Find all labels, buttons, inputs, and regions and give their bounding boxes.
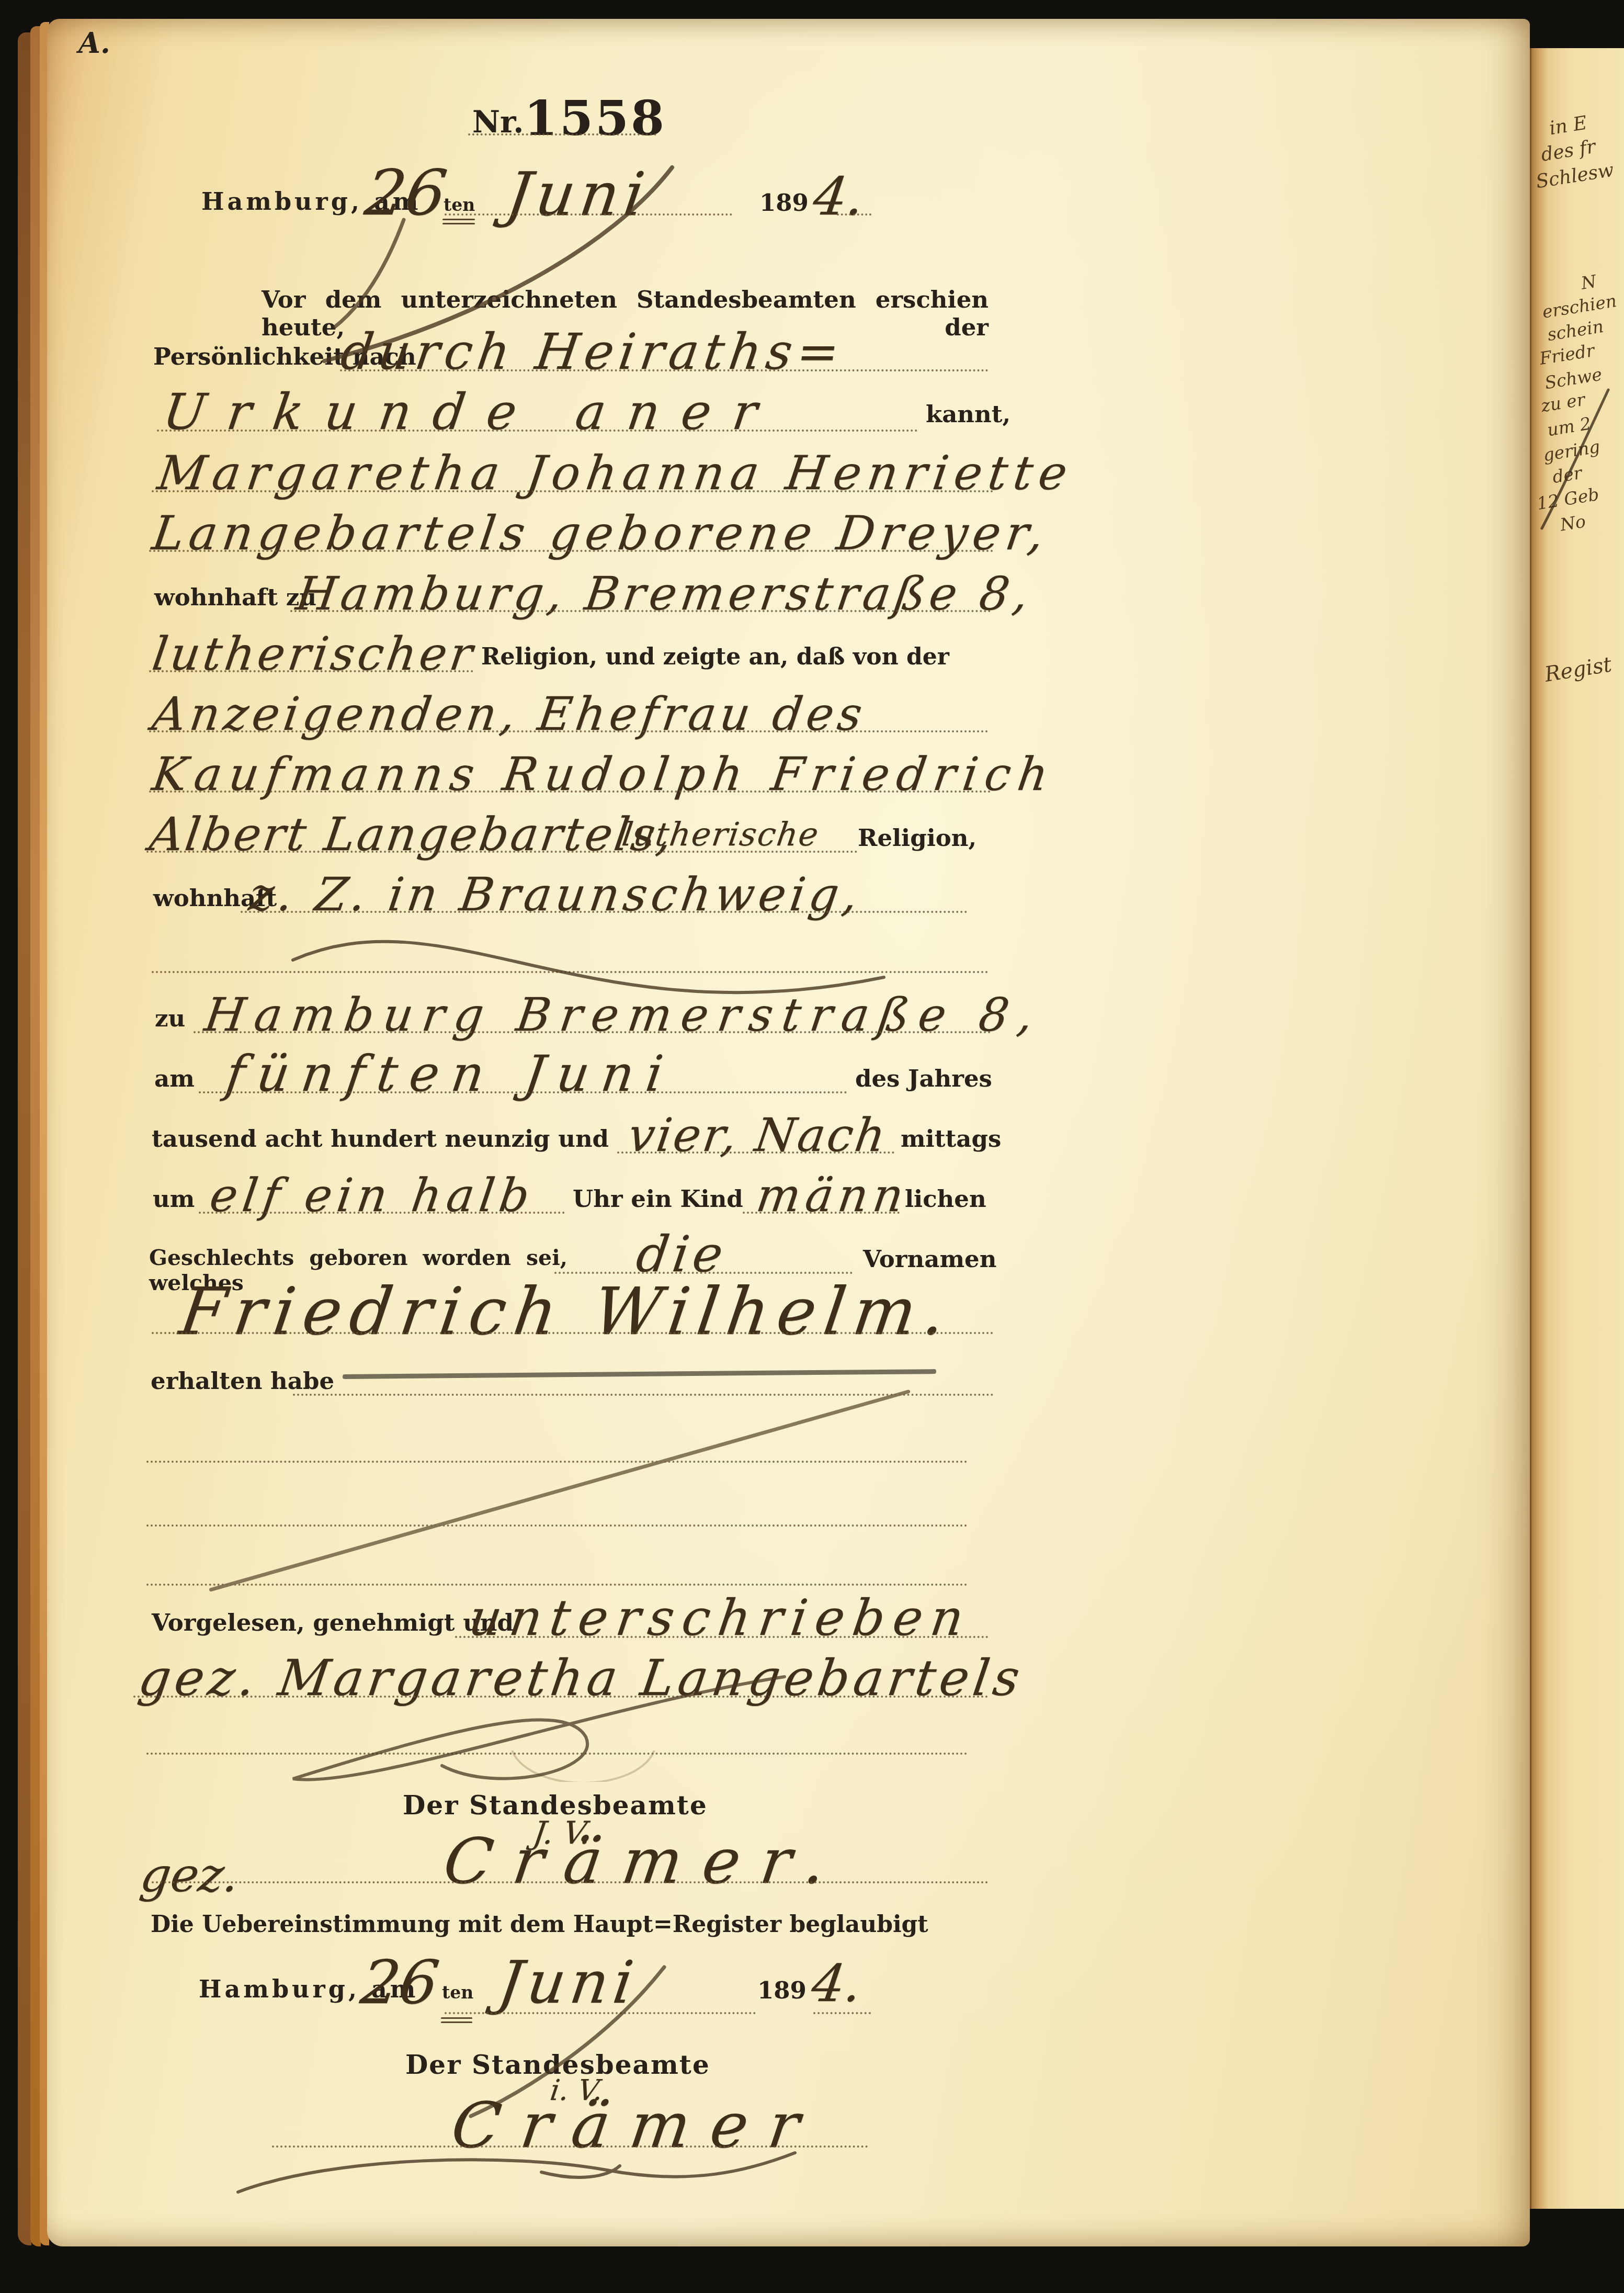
date-day-handwritten: 26 <box>361 157 451 230</box>
religion-printed-line: Religion, und zeigte an, daß von der <box>481 643 949 670</box>
certification-text: Die Uebereinstimmung mit dem Haupt=Regis… <box>151 1911 928 1938</box>
margin-note-fragment: in E <box>1548 112 1588 140</box>
dotted-rule <box>152 1332 994 1334</box>
birth-place-handwritten: Hamburg Bremerstraße 8, <box>201 988 1046 1042</box>
margin-note-fragment: um 2 <box>1546 413 1592 440</box>
date-year-printed: 189 <box>759 189 809 217</box>
margin-note-fragment: der <box>1551 462 1583 487</box>
margin-note-fragment: 12 Geb <box>1536 484 1600 514</box>
scanned-register-page: in E des fr Schlesw N erschien schein Fr… <box>0 0 1624 2293</box>
mother-residence-label: wohnhaft zu <box>154 583 316 611</box>
corner-letter: A. <box>78 26 110 60</box>
dotted-rule <box>455 1636 989 1638</box>
birth-gender-handwritten: männ <box>753 1168 912 1222</box>
dotted-rule <box>272 2145 868 2148</box>
margin-note-fragment: Schwe <box>1543 364 1604 393</box>
mother-residence-handwritten: Hamburg, Bremerstraße 8, <box>293 567 1036 620</box>
identity-handwritten-2: Urkunde aner <box>160 383 783 441</box>
certification-month-handwritten: Juni <box>494 1949 642 2017</box>
birth-time-label: um <box>153 1185 195 1213</box>
birth-place-label: zu <box>155 1004 185 1032</box>
dotted-rule <box>146 1584 968 1586</box>
mother-religion-handwritten: lutherischer <box>149 627 479 681</box>
mother-name-line-2: Langebartels geborene Dreyer, <box>149 506 1052 561</box>
birth-date-handwritten: fünften Juni <box>222 1045 679 1103</box>
closing-vorgelesen: Vorgelesen, genehmigt und <box>152 1609 514 1636</box>
margin-note-fragment: Regist <box>1543 652 1613 687</box>
dotted-rule <box>149 670 473 672</box>
double-underline <box>442 219 475 220</box>
margin-note-fragment: N <box>1580 271 1598 293</box>
record-number-value: 1558 <box>524 90 666 146</box>
birth-vornamen-printed: Vornamen <box>863 1245 996 1273</box>
double-underline <box>441 2021 472 2023</box>
dotted-rule <box>199 1091 847 1093</box>
margin-note-fragment: zu er <box>1539 389 1586 416</box>
received-label: erhalten habe <box>151 1367 334 1395</box>
birth-date-label: am <box>154 1065 195 1092</box>
double-underline <box>441 2017 472 2019</box>
identity-handwritten-1: durch Heiraths= <box>337 323 848 381</box>
birth-gender-suffix: lichen <box>905 1185 986 1213</box>
certification-day-suffix: ten <box>442 1982 473 2003</box>
dotted-rule <box>149 790 991 793</box>
closing-unterschrieben-handwritten: unterschrieben <box>465 1589 975 1647</box>
date-month-handwritten: Juni <box>502 160 654 230</box>
dotted-rule <box>152 490 994 492</box>
dotted-rule <box>813 2012 871 2014</box>
double-underline <box>442 223 475 224</box>
gez-abbreviation: gez. <box>137 1848 243 1903</box>
faint-stamp-arc <box>510 1750 656 1782</box>
dotted-rule <box>149 730 989 732</box>
father-name-line-1: Kaufmanns Rudolph Friedrich <box>149 747 1059 801</box>
father-religion-handwritten: lutherische <box>620 815 822 853</box>
dotted-rule <box>241 911 968 913</box>
dotted-rule <box>837 213 871 216</box>
margin-note-fragment: erschien <box>1541 290 1618 322</box>
margin-note-fragment: des fr <box>1539 136 1597 166</box>
father-residence-handwritten: z. Z. in Braunschweig, <box>246 867 866 921</box>
book-page-edge-mid <box>30 26 41 2246</box>
father-name-line-2: Albert Langebartels, <box>146 807 678 861</box>
father-religion-printed: Religion, <box>858 824 976 852</box>
dotted-rule <box>290 610 991 612</box>
dotted-rule <box>149 550 994 552</box>
dotted-rule <box>194 1031 991 1033</box>
registrar-signature-2: Crämer <box>447 2089 825 2162</box>
faint-stamp-arc-ellipse <box>510 1750 656 1782</box>
book-page-edge-outer <box>18 32 31 2245</box>
dotted-rule <box>146 1461 968 1463</box>
dotted-rule <box>199 1212 565 1214</box>
birth-year-printed: tausend acht hundert neunzig und <box>152 1125 609 1153</box>
identity-printed-suffix: kannt, <box>926 400 1010 428</box>
dotted-rule <box>445 213 732 216</box>
date-day-suffix: ten <box>444 195 475 215</box>
birth-mittags-printed: mittags <box>901 1125 1001 1153</box>
certification-day-handwritten: 26 <box>357 1948 443 2018</box>
dotted-rule <box>133 1696 989 1698</box>
mother-role-handwritten: Anzeigenden, Ehefrau des <box>149 687 870 741</box>
dotted-rule <box>617 1151 894 1154</box>
dotted-rule <box>468 133 656 135</box>
dotted-rule <box>146 851 858 853</box>
margin-note-fragment: Friedr <box>1538 340 1596 369</box>
dotted-rule <box>743 1212 900 1214</box>
registrar-signature-1: Crämer. <box>439 1825 851 1898</box>
birth-time-handwritten: elf ein halb <box>207 1168 538 1222</box>
birth-year-label: des Jahres <box>855 1065 992 1092</box>
dotted-rule <box>152 971 989 973</box>
mother-name-line-1: Margaretha Johanna Henriette <box>154 446 1077 501</box>
margin-note-fragment: gering <box>1542 436 1602 466</box>
birth-time-suffix: Uhr ein Kind <box>573 1185 743 1213</box>
dotted-rule <box>152 1881 989 1883</box>
adjacent-page-sliver: in E des fr Schlesw N erschien schein Fr… <box>1530 48 1624 2209</box>
child-name-handwritten: Friedrich Wilhelm. <box>175 1274 959 1350</box>
margin-note-fragment: No <box>1559 511 1587 535</box>
certification-year-printed: 189 <box>757 1976 807 2004</box>
date-year-digit-handwritten: 4. <box>810 166 868 227</box>
certification-year-digit: 4. <box>808 1954 866 2014</box>
birth-year-handwritten: vier, Nach <box>625 1108 891 1162</box>
dotted-rule <box>445 2012 756 2014</box>
mother-signature-handwritten: gez. Margaretha Langebartels <box>135 1650 1027 1707</box>
dotted-rule <box>157 430 918 432</box>
dotted-rule <box>146 1524 968 1527</box>
dotted-rule <box>340 369 989 371</box>
